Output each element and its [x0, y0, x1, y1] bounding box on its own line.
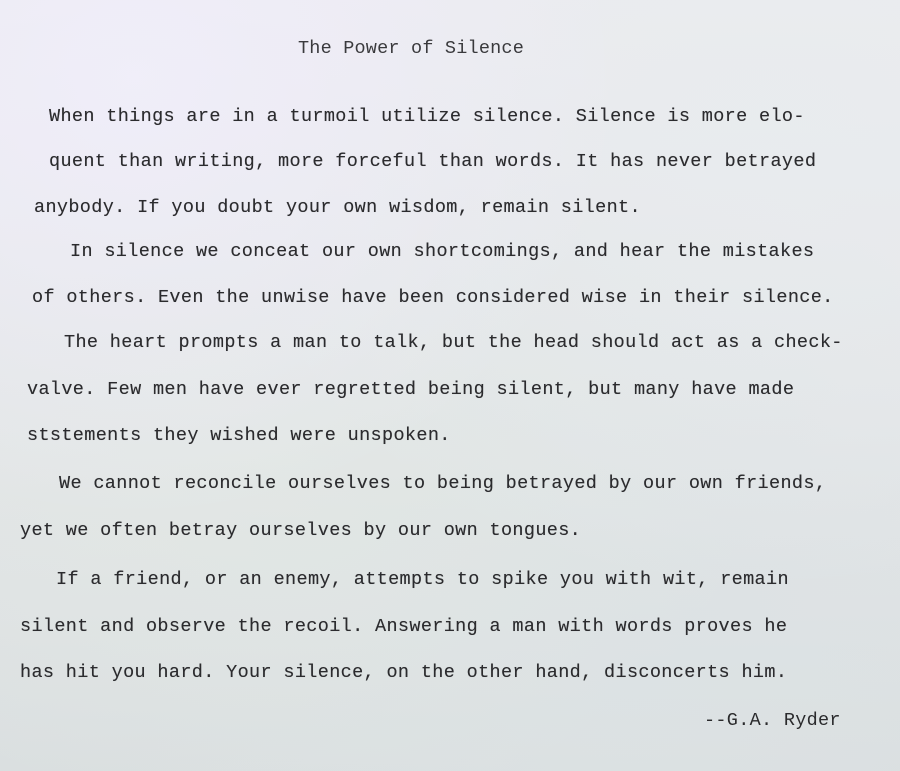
document-title: The Power of Silence	[298, 38, 524, 59]
author-signature: --G.A. Ryder	[704, 710, 841, 731]
paragraph-4-line-1: We cannot reconcile ourselves to being b…	[59, 473, 826, 494]
paragraph-1-line-1: When things are in a turmoil utilize sil…	[49, 106, 805, 127]
paragraph-5-line-2: silent and observe the recoil. Answering…	[20, 616, 787, 637]
paragraph-3-line-3: ststements they wished were unspoken.	[27, 425, 451, 446]
typed-document-page: The Power of Silence When things are in …	[0, 0, 900, 771]
paragraph-3-line-2: valve. Few men have ever regretted being…	[27, 379, 794, 400]
paragraph-5-line-3: has hit you hard. Your silence, on the o…	[20, 662, 787, 683]
paragraph-3-line-1: The heart prompts a man to talk, but the…	[64, 332, 843, 353]
paragraph-4-line-2: yet we often betray ourselves by our own…	[20, 520, 581, 541]
paragraph-1-line-2: quent than writing, more forceful than w…	[49, 151, 816, 172]
paragraph-5-line-1: If a friend, or an enemy, attempts to sp…	[56, 569, 789, 590]
paragraph-2-line-2: of others. Even the unwise have been con…	[32, 287, 834, 308]
paragraph-2-line-1: In silence we conceat our own shortcomin…	[70, 241, 814, 262]
paragraph-1-line-3: anybody. If you doubt your own wisdom, r…	[34, 197, 641, 218]
